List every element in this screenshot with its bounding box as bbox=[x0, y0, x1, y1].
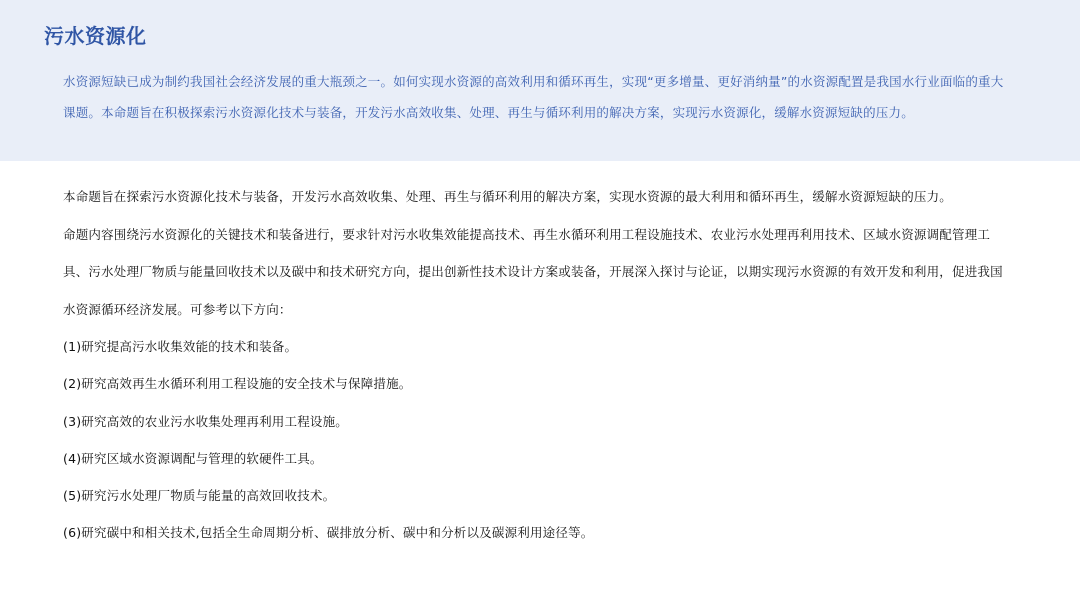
list-item: (5)研究污水处理厂物质与能量的高效回收技术。 bbox=[63, 477, 1013, 514]
list-item: (3)研究高效的农业污水收集处理再利用工程设施。 bbox=[63, 403, 1013, 440]
list-item: (4)研究区域水资源调配与管理的软硬件工具。 bbox=[63, 440, 1013, 477]
summary-paragraph: 本命题旨在探索污水资源化技术与装备，开发污水高效收集、处理、再生与循环利用的解决… bbox=[63, 178, 1013, 216]
intro-paragraph: 水资源短缺已成为制约我国社会经济发展的重大瓶颈之一。如何实现水资源的高效利用和循… bbox=[63, 66, 1008, 128]
content-body: 本命题旨在探索污水资源化技术与装备，开发污水高效收集、处理、再生与循环利用的解决… bbox=[63, 178, 1013, 552]
list-item: (1)研究提高污水收集效能的技术和装备。 bbox=[63, 328, 1013, 365]
header-band: 污水资源化 水资源短缺已成为制约我国社会经济发展的重大瓶颈之一。如何实现水资源的… bbox=[0, 0, 1080, 161]
scope-paragraph: 命题内容围绕污水资源化的关键技术和装备进行，要求针对污水收集效能提高技术、再生水… bbox=[63, 216, 1013, 329]
list-item: (2)研究高效再生水循环利用工程设施的安全技术与保障措施。 bbox=[63, 365, 1013, 402]
direction-list: (1)研究提高污水收集效能的技术和装备。 (2)研究高效再生水循环利用工程设施的… bbox=[63, 328, 1013, 552]
page-title: 污水资源化 bbox=[44, 22, 147, 50]
list-item: (6)研究碳中和相关技术,包括全生命周期分析、碳排放分析、碳中和分析以及碳源利用… bbox=[63, 514, 1013, 551]
